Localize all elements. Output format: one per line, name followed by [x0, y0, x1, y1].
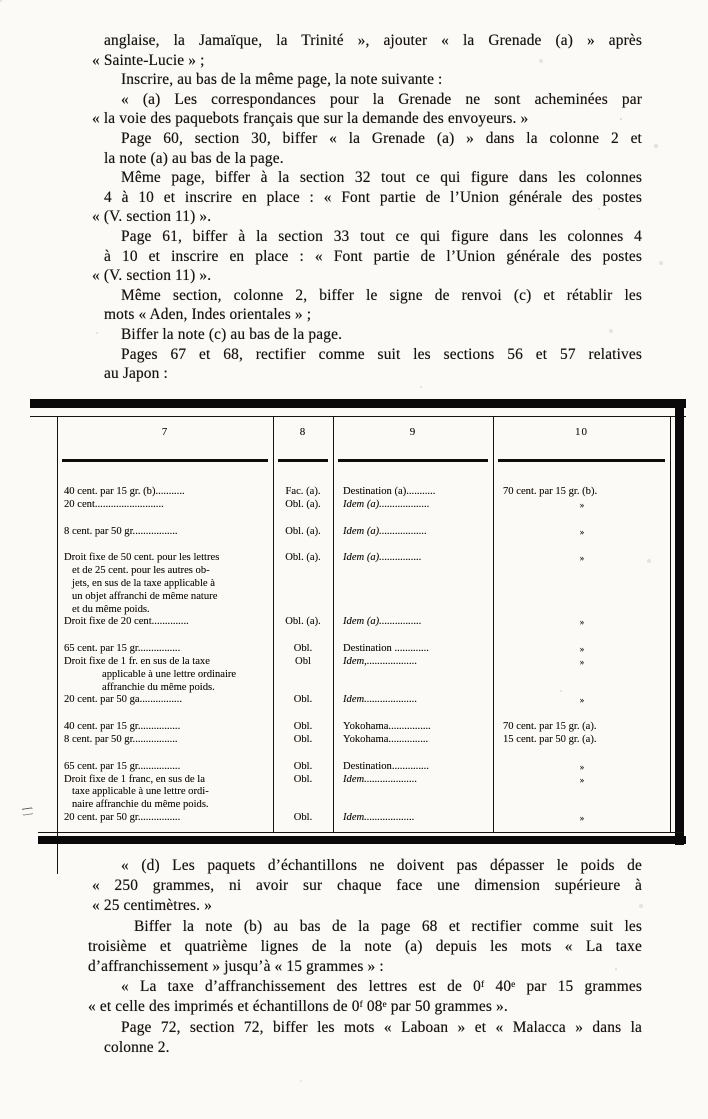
condition-cell: Obl. (a).	[273, 526, 333, 539]
scanned-page: anglaise, la Jamaïque, la Trinité », ajo…	[0, 0, 708, 1119]
destination-cell: Destination .............	[333, 643, 493, 656]
destination-cell: Idem (a)................	[333, 616, 493, 629]
table-row-group: Droit fixe de 50 cent. pour les lettrese…	[57, 552, 670, 629]
top-paragraphs: anglaise, la Jamaïque, la Trinité », ajo…	[104, 31, 642, 384]
cell-line: jets, en sus de la taxe applicable à	[57, 578, 273, 591]
equivalent-tariff-cell: »	[493, 616, 670, 629]
tariff-description-cell: 8 cent. par 50 gr.................	[57, 734, 273, 747]
condition-cell: Obl.	[273, 643, 333, 656]
condition-cell: Obl. (a).	[273, 499, 333, 512]
cell-line: Droit fixe de 20 cent..............	[57, 616, 273, 629]
equivalent-tariff-cell: 70 cent. par 15 gr. (b).	[493, 486, 670, 499]
cell-line: naire affranchie du même poids.	[57, 799, 273, 812]
rates-table: 7 8 9 10 40 cent. par 15 gr. (b)........…	[30, 396, 686, 856]
condition-cell: Obl.	[273, 812, 333, 825]
cell-line: 20 cent..........................	[57, 499, 273, 512]
condition-cell: Obl.	[273, 774, 333, 787]
header-underline	[498, 459, 665, 462]
condition-cell: Obl.	[273, 721, 333, 734]
table-top-heavy-bar	[30, 399, 686, 408]
text-line: « (V. section 11) ».	[92, 207, 642, 227]
cell-line: taxe applicable à une lettre ordi-	[57, 786, 273, 799]
text-line: d’affranchissement » jusqu’à « 15 gramme…	[88, 957, 642, 977]
condition-cell: Obl.	[273, 761, 333, 774]
table-row: Droit fixe de 50 cent. pour les lettrese…	[57, 552, 670, 616]
table-top-thin-rule	[30, 416, 686, 417]
text-line: mots « Aden, Indes orientales » ;	[104, 305, 642, 325]
table-row-group: 40 cent. par 15 gr................Obl.Yo…	[57, 721, 670, 747]
table-bottom-thin-rule	[38, 832, 684, 833]
cell-line: Droit fixe de 50 cent. pour les lettres	[57, 552, 273, 565]
table-row: 20 cent..........................Obl. (a…	[57, 499, 670, 512]
equivalent-tariff-cell: »	[493, 761, 670, 774]
tariff-description-cell: 40 cent. par 15 gr................	[57, 721, 273, 734]
destination-cell: Idem (a)..................	[333, 526, 493, 539]
destination-cell: Idem....................	[333, 694, 493, 707]
destination-cell: Idem (a)................	[333, 552, 493, 565]
text-line: Même page, biffer à la section 32 tout c…	[104, 168, 642, 188]
cell-line: 8 cent. par 50 gr.................	[57, 526, 273, 539]
cell-line: 20 cent. par 50 ga................	[57, 694, 273, 707]
tariff-description-cell: 65 cent. par 15 gr................	[57, 761, 273, 774]
table-row: Droit fixe de 1 franc, en sus de lataxe …	[57, 774, 670, 812]
bottom-paragraphs: « (d) Les paquets d’échantillons ne doiv…	[104, 856, 642, 1058]
header-underline	[278, 459, 328, 462]
destination-cell: Destination..............	[333, 761, 493, 774]
condition-cell: Obl. (a).	[273, 552, 333, 565]
column-header-9: 9	[333, 426, 493, 438]
table-row: 40 cent. par 15 gr................Obl.Yo…	[57, 721, 670, 734]
equivalent-tariff-cell: 15 cent. par 50 gr. (a).	[493, 734, 670, 747]
cell-line: 40 cent. par 15 gr. (b)...........	[57, 486, 273, 499]
tariff-description-cell: 20 cent. par 50 gr................	[57, 812, 273, 825]
table-row: Droit fixe de 1 fr. en sus de la taxeapp…	[57, 656, 670, 694]
table-row: 20 cent. par 50 ga................Obl.Id…	[57, 694, 670, 707]
equivalent-tariff-cell: »	[493, 656, 670, 669]
condition-cell: Obl	[273, 656, 333, 669]
scan-noise-specks	[0, 0, 2, 2]
table-row-group: 65 cent. par 15 gr................Obl.De…	[57, 761, 670, 825]
table-row: Droit fixe de 20 cent..............Obl. …	[57, 616, 670, 629]
equivalent-tariff-cell: »	[493, 812, 670, 825]
condition-cell: Fac. (a).	[273, 486, 333, 499]
text-line: 4 à 10 et inscrire en place : « Font par…	[104, 188, 642, 208]
table-row-group: 8 cent. par 50 gr.................Obl. (…	[57, 526, 670, 539]
text-line: Page 72, section 72, biffer les mots « L…	[104, 1018, 642, 1038]
text-line: au Japon :	[104, 364, 642, 384]
destination-cell: Idem (a)...................	[333, 499, 493, 512]
cell-line: Droit fixe de 1 fr. en sus de la taxe	[57, 656, 273, 669]
cell-line: 65 cent. par 15 gr................	[57, 643, 273, 656]
text-line: Page 60, section 30, biffer « la Grenade…	[104, 129, 642, 149]
tariff-description-cell: 8 cent. par 50 gr.................	[57, 526, 273, 539]
table-row: 40 cent. par 15 gr. (b)...........Fac. (…	[57, 486, 670, 499]
text-line: Biffer la note (b) au bas de la page 68 …	[104, 917, 642, 937]
text-line: « la voie des paquebots français que sur…	[92, 109, 642, 129]
text-line: à 10 et inscrire en place : « Font parti…	[104, 247, 642, 267]
text-line: « Sainte-Lucie » ;	[92, 51, 642, 71]
text-line: « 250 grammes, ni avoir sur chaque face …	[92, 876, 642, 896]
table-row: 20 cent. par 50 gr................Obl.Id…	[57, 812, 670, 825]
text-line: « (V. section 11) ».	[92, 266, 642, 286]
tariff-description-cell: Droit fixe de 20 cent..............	[57, 616, 273, 629]
table-right-heavy-bar	[675, 399, 684, 845]
table-body: 40 cent. par 15 gr. (b)...........Fac. (…	[57, 486, 670, 825]
text-line: Inscrire, au bas de la même page, la not…	[104, 70, 642, 90]
equivalent-tariff-cell: 70 cent. par 15 gr. (a).	[493, 721, 670, 734]
tariff-description-cell: 20 cent..........................	[57, 499, 273, 512]
text-line: « (a) Les correspondances pour la Grenad…	[104, 90, 642, 110]
text-line: Biffer la note (c) au bas de la page.	[104, 325, 642, 345]
cell-line: affranchie du même poids.	[57, 682, 273, 695]
equivalent-tariff-cell: »	[493, 694, 670, 707]
text-line: la note (a) au bas de la page.	[104, 149, 642, 169]
equivalent-tariff-cell: »	[493, 774, 670, 787]
destination-cell: Idem...................	[333, 812, 493, 825]
destination-cell: Idem....................	[333, 774, 493, 787]
equivalent-tariff-cell: »	[493, 643, 670, 656]
text-line: « (d) Les paquets d’échantillons ne doiv…	[104, 856, 642, 876]
table-row: 8 cent. par 50 gr.................Obl.Yo…	[57, 734, 670, 747]
table-right-thin-rule	[670, 416, 671, 833]
tariff-description-cell: 65 cent. par 15 gr................	[57, 643, 273, 656]
column-header-8: 8	[273, 426, 333, 438]
header-underline	[338, 459, 488, 462]
table-header-row: 7 8 9 10	[57, 426, 670, 438]
cell-line: un objet affranchi de même nature	[57, 591, 273, 604]
condition-cell: Obl.	[273, 734, 333, 747]
table-row: 65 cent. par 15 gr................Obl.De…	[57, 643, 670, 656]
cell-line: et du même poids.	[57, 604, 273, 617]
cell-line: 65 cent. par 15 gr................	[57, 761, 273, 774]
destination-cell: Yokohama................	[333, 721, 493, 734]
tariff-description-cell: 40 cent. par 15 gr. (b)...........	[57, 486, 273, 499]
tariff-description-cell: Droit fixe de 50 cent. pour les lettrese…	[57, 552, 273, 616]
tariff-description-cell: Droit fixe de 1 fr. en sus de la taxeapp…	[57, 656, 273, 694]
equivalent-tariff-cell: »	[493, 526, 670, 539]
header-underline	[62, 459, 268, 462]
text-line: Pages 67 et 68, rectifier comme suit les…	[104, 345, 642, 365]
table-row-group: 40 cent. par 15 gr. (b)...........Fac. (…	[57, 486, 670, 512]
text-line: « La taxe d’affranchissement des lettres…	[104, 977, 642, 997]
table-row: 65 cent. par 15 gr................Obl.De…	[57, 761, 670, 774]
column-header-10: 10	[493, 426, 670, 438]
table-row-group: 65 cent. par 15 gr................Obl.De…	[57, 643, 670, 707]
cell-line: 8 cent. par 50 gr.................	[57, 734, 273, 747]
text-line: colonne 2.	[104, 1038, 642, 1058]
tariff-description-cell: 20 cent. par 50 ga................	[57, 694, 273, 707]
column-header-7: 7	[57, 426, 273, 438]
cell-line: 40 cent. par 15 gr................	[57, 721, 273, 734]
text-line: Page 61, biffer à la section 33 tout ce …	[104, 227, 642, 247]
condition-cell: Obl. (a).	[273, 616, 333, 629]
text-line: anglaise, la Jamaïque, la Trinité », ajo…	[104, 31, 642, 51]
destination-cell: Idem,...................	[333, 656, 493, 669]
text-line: « 25 centimètres. »	[92, 896, 642, 916]
header-underline-row	[57, 459, 670, 462]
cell-line: Droit fixe de 1 franc, en sus de la	[57, 774, 273, 787]
table-row: 8 cent. par 50 gr.................Obl. (…	[57, 526, 670, 539]
destination-cell: Destination (a)...........	[333, 486, 493, 499]
destination-cell: Yokohama...............	[333, 734, 493, 747]
cell-line: et de 25 cent. pour les autres ob-	[57, 565, 273, 578]
text-line: « et celle des imprimés et échantillons …	[88, 997, 642, 1017]
text-line: troisième et quatrième lignes de la note…	[88, 937, 642, 957]
text-line: Même section, colonne 2, biffer le signe…	[104, 286, 642, 306]
equivalent-tariff-cell: »	[493, 552, 670, 565]
equivalent-tariff-cell: »	[493, 499, 670, 512]
cell-line: 20 cent. par 50 gr................	[57, 812, 273, 825]
tariff-description-cell: Droit fixe de 1 franc, en sus de lataxe …	[57, 774, 273, 812]
cell-line: applicable à une lettre ordinaire	[57, 669, 273, 682]
condition-cell: Obl.	[273, 694, 333, 707]
table-bottom-heavy-bar	[38, 836, 686, 844]
